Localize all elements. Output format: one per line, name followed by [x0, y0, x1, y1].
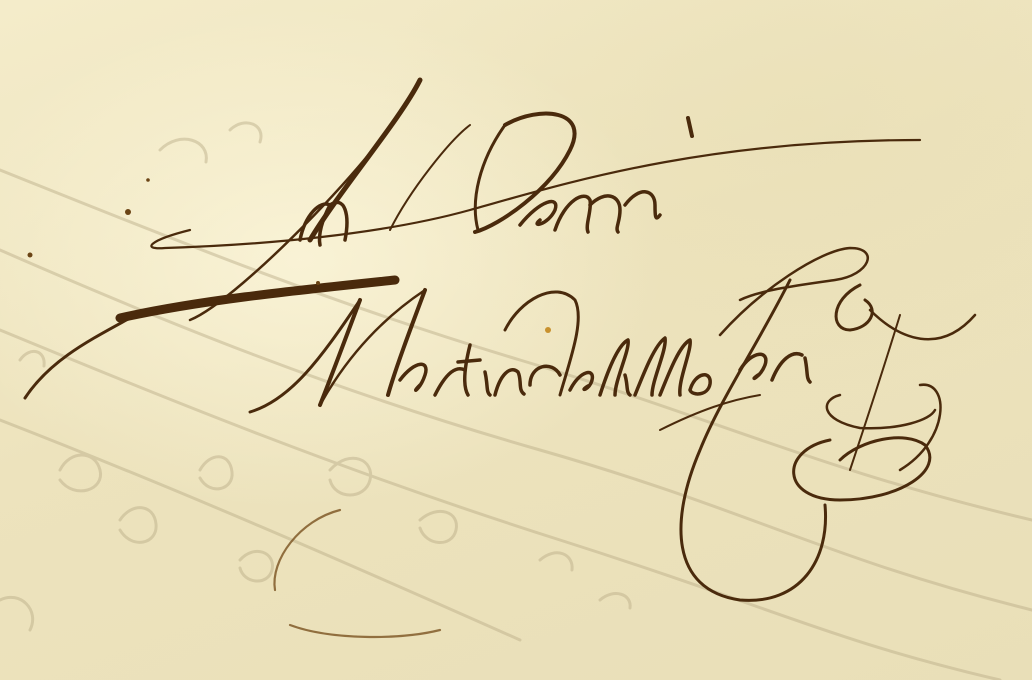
aged-paper: An. Demi Martin delillo Fari	[0, 0, 1032, 680]
ink-specks	[28, 178, 552, 333]
signature-tail	[25, 318, 130, 398]
signature-line-2	[250, 248, 975, 600]
signature	[0, 0, 1032, 680]
